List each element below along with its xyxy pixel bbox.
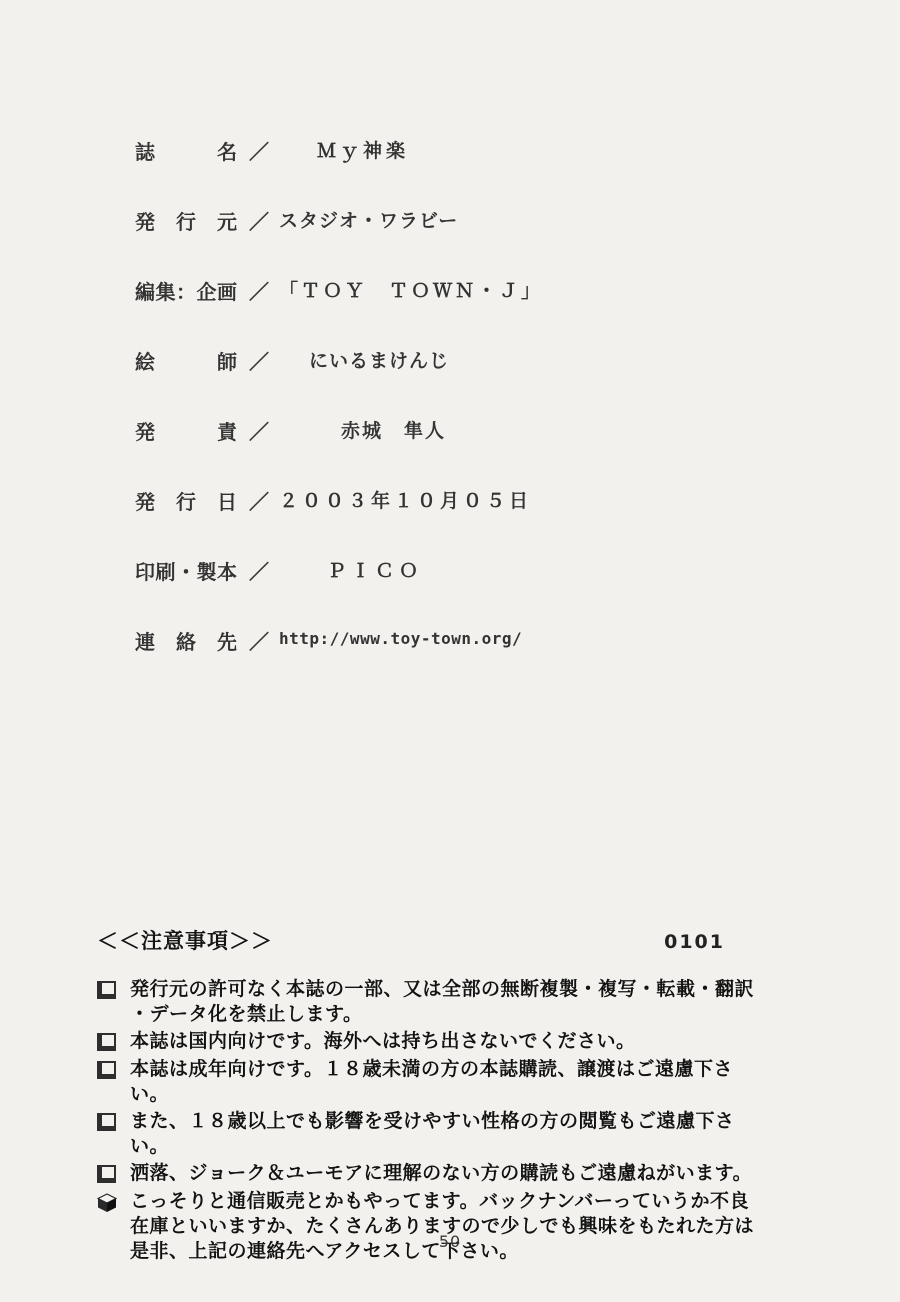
row-value: ＰＩＣＯ (327, 556, 423, 583)
contact-url: http://www.toy-town.org/ (279, 626, 522, 648)
notice-line: 本誌は成年向けです。１８歳未満の方の本誌購読、譲渡はご遠慮下さい。 (130, 1057, 765, 1107)
row-label: 誌 名 (135, 136, 237, 165)
notice-code: 0101 (664, 931, 725, 953)
notice-item: こっそりと通信販売とかもやってます。バックナンバーっていうか不良 在庫といいます… (97, 1189, 765, 1264)
notice-line: 洒落、ジョーク＆ユーモアに理解のない方の購読もご遠慮ねがいます。 (130, 1161, 752, 1186)
notice-item: 発行元の許可なく本誌の一部、又は全部の無断複製・複写・転載・翻訳 ・データ化を禁… (97, 977, 765, 1027)
notice-line: また、１８歳以上でも影響を受けやすい性格の方の閲覧もご遠慮下さい。 (130, 1109, 765, 1159)
open-box-icon (97, 981, 116, 999)
notice-item: 洒落、ジョーク＆ユーモアに理解のない方の購読もご遠慮ねがいます。 (97, 1161, 765, 1187)
notice-block: ＜＜注意事項＞＞ 0101 発行元の許可なく本誌の一部、又は全部の無断複製・複写… (97, 925, 765, 1266)
notice-line: ・データ化を禁止します。 (130, 1002, 754, 1027)
row-label: 絵 師 (135, 346, 237, 375)
page-number: 50 (0, 1232, 900, 1251)
open-box-icon (97, 1165, 116, 1183)
colophon-row-responsible: 発 責 ／ 赤城 隼人 (135, 416, 543, 440)
open-box-icon (97, 1033, 116, 1051)
colophon-row-title: 誌 名 ／ Ｍｙ神楽 (135, 136, 543, 160)
notice-line: 本誌は国内向けです。海外へは持ち出さないでください。 (130, 1029, 635, 1054)
notice-header: ＜＜注意事項＞＞ 0101 (97, 925, 765, 955)
notice-item: 本誌は成年向けです。１８歳未満の方の本誌購読、譲渡はご遠慮下さい。 (97, 1057, 765, 1107)
row-value: ２００３年１０月０５日 (279, 486, 532, 513)
colophon-row-artist: 絵 師 ／ にいるまけんじ (135, 346, 543, 370)
slash-separator: ／ (249, 346, 271, 375)
colophon-row-publisher: 発 行 元 ／ スタジオ・ワラビー (135, 206, 543, 230)
colophon-row-editing: 編集：企画 ／ 「ＴＯＹ ＴＯＷＮ・Ｊ」 (135, 276, 543, 300)
colophon-row-contact: 連 絡 先 ／ http://www.toy-town.org/ (135, 626, 543, 650)
slash-separator: ／ (249, 486, 271, 515)
row-value: Ｍｙ神楽 (317, 136, 409, 163)
notice-line: こっそりと通信販売とかもやってます。バックナンバーっていうか不良 (130, 1189, 754, 1214)
row-value: 「ＴＯＹ ＴＯＷＮ・Ｊ」 (279, 276, 543, 303)
cube-icon (97, 1193, 117, 1213)
colophon-block: 誌 名 ／ Ｍｙ神楽 発 行 元 ／ スタジオ・ワラビー 編集：企画 ／ 「ＴＯ… (135, 136, 543, 696)
row-value: スタジオ・ワラビー (279, 206, 458, 233)
row-value: にいるまけんじ (309, 346, 449, 373)
slash-separator: ／ (249, 556, 271, 585)
row-label: 発 責 (135, 416, 237, 445)
colophon-row-date: 発 行 日 ／ ２００３年１０月０５日 (135, 486, 543, 510)
notice-list: 発行元の許可なく本誌の一部、又は全部の無断複製・複写・転載・翻訳 ・データ化を禁… (97, 977, 765, 1264)
row-label: 連 絡 先 (135, 626, 237, 655)
slash-separator: ／ (249, 276, 271, 305)
slash-separator: ／ (249, 416, 271, 445)
notice-line: 発行元の許可なく本誌の一部、又は全部の無断複製・複写・転載・翻訳 (130, 977, 754, 1002)
row-label: 編集：企画 (135, 276, 237, 305)
slash-separator: ／ (249, 626, 271, 655)
open-box-icon (97, 1113, 116, 1131)
row-value: 赤城 隼人 (341, 416, 446, 443)
row-label: 印刷・製本 (135, 556, 237, 585)
row-label: 発 行 元 (135, 206, 237, 235)
slash-separator: ／ (249, 206, 271, 235)
open-box-icon (97, 1061, 116, 1079)
row-label: 発 行 日 (135, 486, 237, 515)
notice-item: また、１８歳以上でも影響を受けやすい性格の方の閲覧もご遠慮下さい。 (97, 1109, 765, 1159)
notice-heading: ＜＜注意事項＞＞ (97, 925, 273, 955)
notice-item: 本誌は国内向けです。海外へは持ち出さないでください。 (97, 1029, 765, 1055)
colophon-row-printing: 印刷・製本 ／ ＰＩＣＯ (135, 556, 543, 580)
scanned-colophon-page: 誌 名 ／ Ｍｙ神楽 発 行 元 ／ スタジオ・ワラビー 編集：企画 ／ 「ＴＯ… (0, 0, 900, 1302)
slash-separator: ／ (249, 136, 271, 165)
